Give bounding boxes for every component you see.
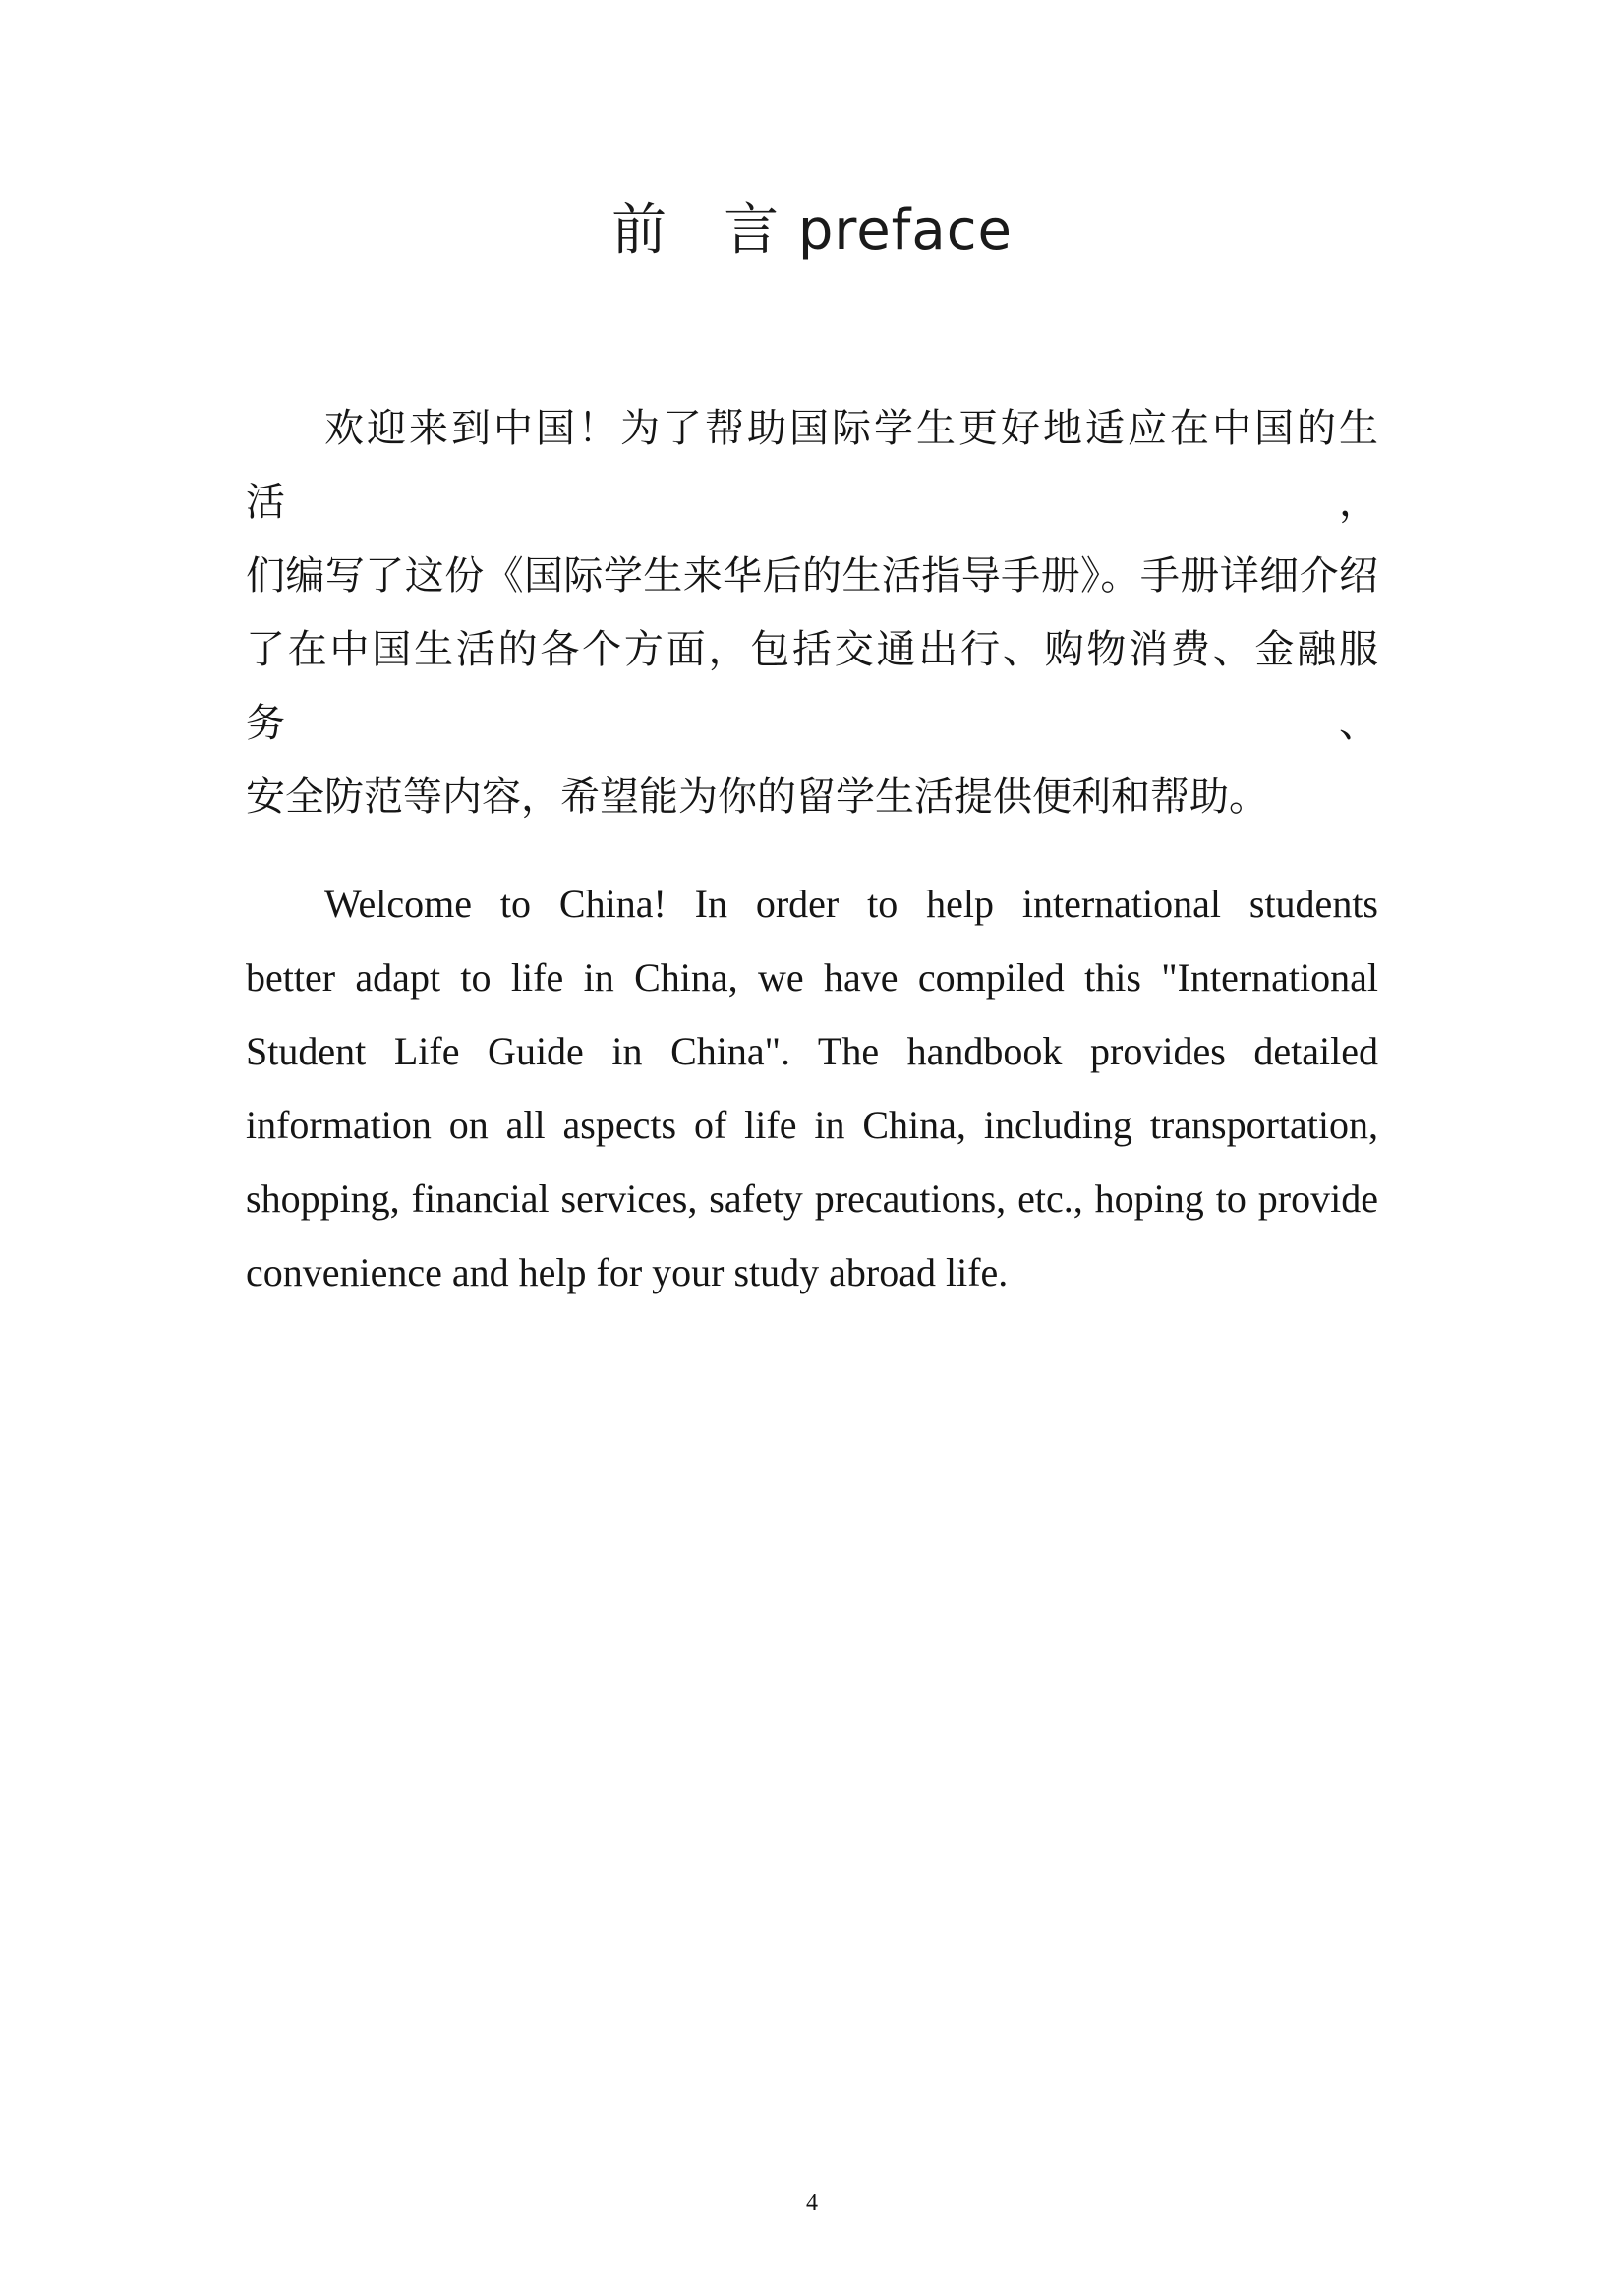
text-line: shopping, financial services, safety pre… — [246, 1162, 1378, 1235]
page-title: 前 言 preface — [0, 197, 1624, 265]
text-line: Welcome to China! In order to help inter… — [246, 867, 1378, 941]
document-body: 欢迎来到中国！为了帮助国际学生更好地适应在中国的生活，们编写了这份《国际学生来华… — [246, 391, 1378, 1309]
text-line: 安全防范等内容，希望能为你的留学生活提供便利和帮助。 — [246, 760, 1378, 833]
page-number: 4 — [0, 2188, 1624, 2217]
document-page: 前 言 preface 欢迎来到中国！为了帮助国际学生更好地适应在中国的生活，们… — [0, 0, 1624, 2296]
preface-paragraph-chinese: 欢迎来到中国！为了帮助国际学生更好地适应在中国的生活，们编写了这份《国际学生来华… — [246, 391, 1378, 833]
text-line: 欢迎来到中国！为了帮助国际学生更好地适应在中国的生活， — [246, 391, 1378, 539]
text-line: 了在中国生活的各个方面，包括交通出行、购物消费、金融服务、 — [246, 612, 1378, 760]
text-line: convenience and help for your study abro… — [246, 1235, 1378, 1309]
text-line: information on all aspects of life in Ch… — [246, 1088, 1378, 1162]
preface-paragraph-english: Welcome to China! In order to help inter… — [246, 867, 1378, 1309]
text-line: better adapt to life in China, we have c… — [246, 941, 1378, 1014]
text-line: Student Life Guide in China". The handbo… — [246, 1014, 1378, 1088]
text-line: 们编写了这份《国际学生来华后的生活指导手册》。手册详细介绍 — [246, 539, 1378, 612]
